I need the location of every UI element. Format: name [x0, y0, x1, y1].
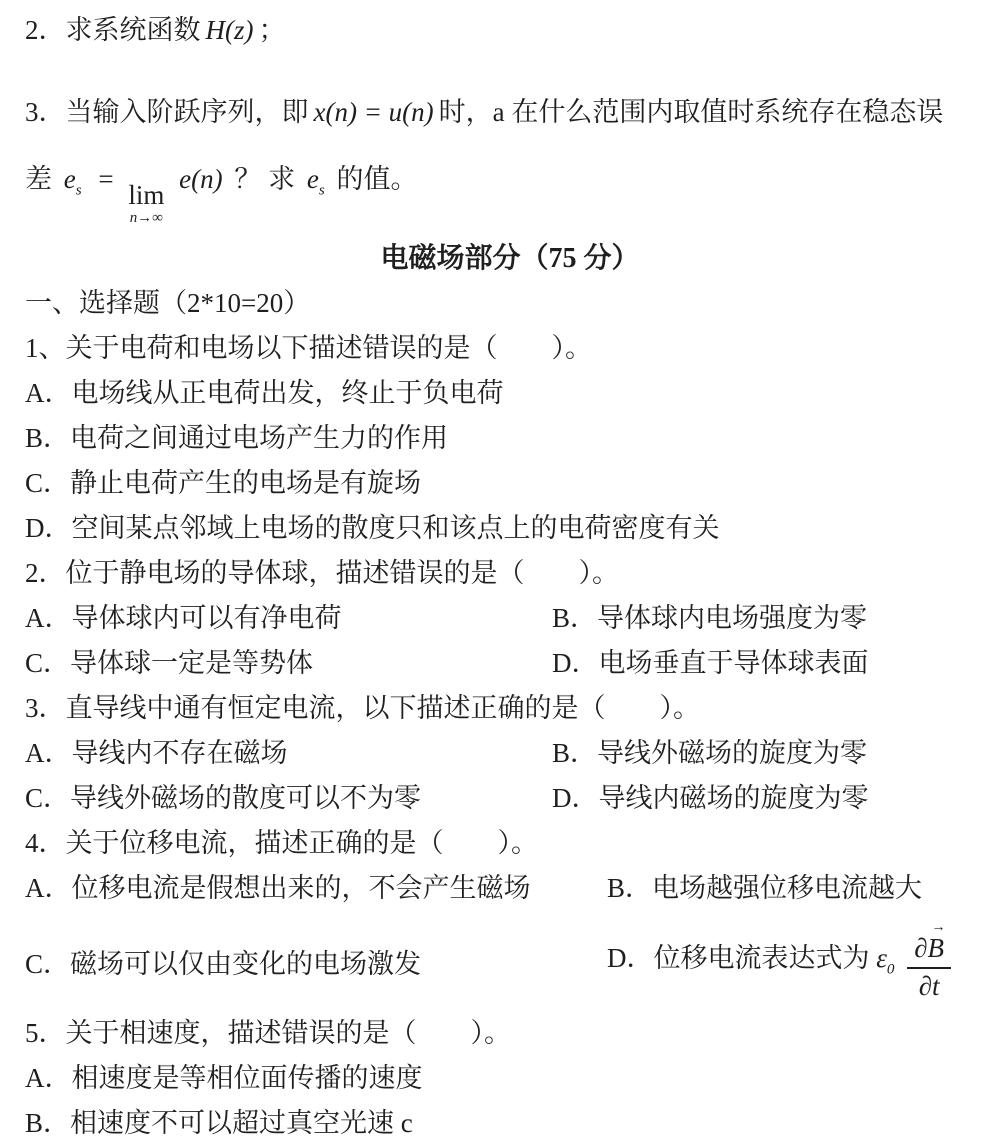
em-q2-option-b: B．导体球内电场强度为零	[552, 596, 867, 641]
em-q5-prompt: 5．关于相速度，描述错误的是（ ）。	[25, 1011, 995, 1056]
em-q3-option-d: D．导线内磁场的旋度为零	[552, 776, 869, 821]
em-q1-prompt: 1、关于电荷和电场以下描述错误的是（ ）。	[25, 326, 995, 371]
signals-q3-text-pre: 3．当输入阶跃序列，即	[25, 97, 309, 127]
em-q2-option-c: C．导体球一定是等势体	[25, 641, 552, 686]
em-q1-option-c: C．静止电荷产生的电场是有旋场	[25, 461, 995, 506]
signals-question-3-line2: 差 es = limn→∞ e(n) ？ 求 es 的值。	[25, 149, 995, 226]
signals-q3-math-xu: x(n) = u(n)	[314, 97, 434, 127]
signals-q2-math-Hz: H(z)	[206, 15, 254, 45]
signals-q2-punct: ；	[259, 15, 286, 45]
em-q1-option-d: D．空间某点邻域上电场的散度只和该点上的电荷密度有关	[25, 506, 995, 551]
em-q4-prompt: 4．关于位移电流，描述正确的是（ ）。	[25, 821, 995, 866]
e-var: e	[64, 164, 76, 194]
em-q5-option-b: B．相速度不可以超过真空光速 c	[25, 1101, 995, 1141]
signals-q3-line2-post: 的值。	[336, 164, 417, 194]
vector-arrow-icon: →	[932, 921, 946, 935]
b-var: B	[928, 933, 945, 963]
em-q3-options-row2: C．导线外磁场的散度可以不为零D．导线内磁场的旋度为零	[25, 776, 995, 821]
epsilon-subscript: 0	[887, 962, 895, 978]
em-subheading-choice-questions: 一、选择题（2*10=20）	[25, 281, 995, 326]
fraction-denominator: ∂t	[919, 969, 940, 1002]
limit-condition: n→∞	[130, 211, 163, 226]
signals-question-2: 2．求系统函数H(z)；	[25, 8, 995, 53]
em-q2-options-row1: A．导体球内可以有净电荷B．导体球内电场强度为零	[25, 596, 995, 641]
em-q4-option-d-text: D．位移电流表达式为	[607, 943, 870, 973]
b-vector: B→	[928, 934, 945, 964]
em-q4-option-c: C．磁场可以仅由变化的电场激发	[25, 942, 607, 981]
em-q3-prompt: 3．直导线中通有恒定电流，以下描述正确的是（ ）。	[25, 686, 995, 731]
fraction-numerator: ∂B→	[907, 920, 951, 969]
signals-q3-line2-pre: 差	[25, 164, 52, 194]
em-q1-option-a: A．电场线从正电荷出发，终止于负电荷	[25, 371, 995, 416]
error-symbol-es: es	[64, 164, 82, 194]
em-q3-option-c: C．导线外磁场的散度可以不为零	[25, 776, 552, 821]
em-q4-option-b: B．电场越强位移电流越大	[607, 866, 922, 911]
em-q4-options-row2: C．磁场可以仅由变化的电场激发 D．位移电流表达式为 ε0 ∂B→ ∂t	[25, 911, 995, 1011]
e-subscript2: s	[319, 182, 325, 198]
epsilon-zero-symbol: ε0	[876, 943, 894, 973]
em-q4-option-d: D．位移电流表达式为 ε0 ∂B→ ∂t	[607, 920, 951, 1001]
error-symbol-es2: es	[307, 164, 325, 194]
em-q2-options-row2: C．导体球一定是等势体D．电场垂直于导体球表面	[25, 641, 995, 686]
partial-b-over-partial-t-fraction: ∂B→ ∂t	[907, 920, 951, 1001]
em-q1-option-b: B．电荷之间通过电场产生力的作用	[25, 416, 995, 461]
epsilon-var: ε	[876, 943, 887, 973]
signals-q3-math-en: e(n)	[179, 164, 222, 194]
e-subscript: s	[76, 182, 82, 198]
em-q2-prompt: 2．位于静电场的导体球，描述错误的是（ ）。	[25, 551, 995, 596]
em-q2-option-d: D．电场垂直于导体球表面	[552, 641, 869, 686]
limit-operator: lim	[128, 182, 164, 209]
equals-sign: =	[98, 164, 113, 194]
exam-document: 2．求系统函数H(z)； 3．当输入阶跃序列，即x(n) = u(n)时，a 在…	[0, 0, 1005, 1141]
limit-expression: limn→∞	[128, 182, 164, 226]
signals-q3-text-post: 时，a 在什么范围内取值时系统存在稳态误	[439, 97, 944, 127]
signals-question-3-line1: 3．当输入阶跃序列，即x(n) = u(n)时，a 在什么范围内取值时系统存在稳…	[25, 90, 995, 135]
partial-symbol: ∂	[914, 933, 927, 963]
signals-q3-line2-mid: ？ 求	[234, 164, 295, 194]
em-q3-options-row1: A．导线内不存在磁场B．导线外磁场的旋度为零	[25, 731, 995, 776]
em-q4-options-row1: A．位移电流是假想出来的，不会产生磁场B．电场越强位移电流越大	[25, 866, 995, 911]
em-q2-option-a: A．导体球内可以有净电荷	[25, 596, 552, 641]
em-q3-option-a: A．导线内不存在磁场	[25, 731, 552, 776]
em-q5-option-a: A．相速度是等相位面传播的速度	[25, 1056, 995, 1101]
em-q3-option-b: B．导线外磁场的旋度为零	[552, 731, 867, 776]
signals-q2-text: 2．求系统函数	[25, 15, 201, 45]
em-q4-option-a: A．位移电流是假想出来的，不会产生磁场	[25, 866, 607, 911]
e-var2: e	[307, 164, 319, 194]
em-section-heading: 电磁场部分（75 分）	[25, 236, 995, 281]
